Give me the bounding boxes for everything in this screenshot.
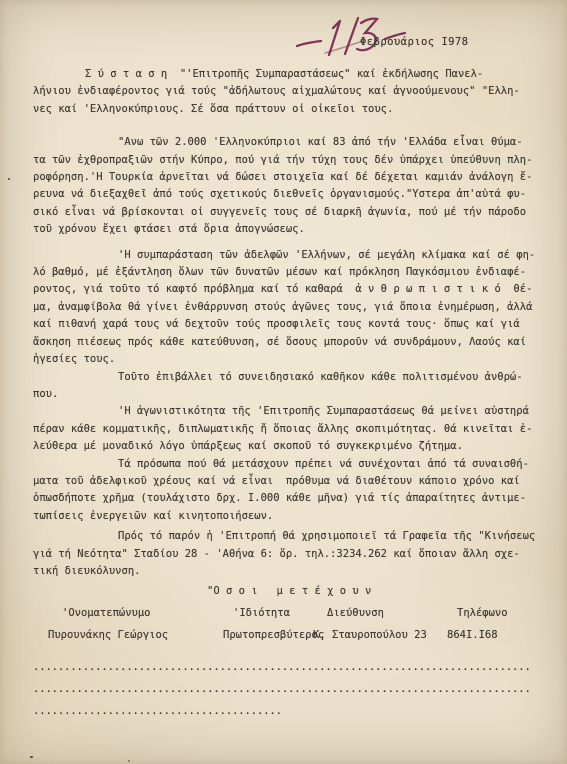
text-line: μα, ἀναμφίβολα θά γίνει ἐνθάρρυνση στούς… [33,299,543,316]
paragraph-missing-persons: "Ανω τῶν 2.000 'Ελληνοκύπριοι καί 83 ἀπό… [33,134,543,238]
text-line: Τοῦτο ἐπιβάλλει τό συνειδησιακό καθῆκον … [33,369,543,386]
table-row: Πυρουνάκης Γεώργιος Πρωτοπρεσβύτερος Κ. … [33,627,543,644]
table-cell-phone: 864I.I68 [447,627,498,644]
table-header-capacity: 'Ιδιότητα [233,605,290,622]
text-line: ἄσκηση πιέσεως πρός κάθε κατεύθυνση, σέ … [33,334,543,351]
text-line: τωπίσεις ἐνεργειῶν καί κινητοποιήσεων. [33,508,543,525]
text-line: ρευνα νά διεξαχθεῖ ἀπό τούς σχετικούς δι… [33,186,543,203]
participants-heading: "Ο σ ο ι μ ε τ έ χ ο υ ν [33,583,543,600]
text-line: λό βαθμό, μέ ἐξάντληση ὅλων τῶν δυνατῶν … [33,264,543,281]
text-line: νες καί 'Ελληνοκύπριους. Σέ ὅσα πράττουν… [33,101,543,118]
table-cell-name: Πυρουνάκης Γεώργιος [48,627,168,644]
paragraph-founding-statement: Σ ύ σ τ α σ η "'Επιτροπῆς Συμπαραστάσεως… [33,66,543,118]
text-line: "Ανω τῶν 2.000 'Ελληνοκύπριοι καί 83 ἀπό… [33,134,543,151]
table-header-address: Διεύθυνση [327,605,384,622]
text-line: καί πιθανή χαρά τους νά δεχτοῦν τούς προ… [33,316,543,333]
text-line: πέραν κάθε κομματικῆς, διπλωματικῆς ἤ ὅπ… [33,421,543,438]
paragraph-membership-terms: Τά πρόσωπα πού θά μετάσχουν πρέπει νά συ… [33,456,543,526]
text-line: λεύθερα μέ μοναδικό λόγο ὑπάρξεως καί σκ… [33,438,543,455]
text-line: γιά τή Νεότητα" Σταδίου 28 - 'Αθήνα 6: ὅ… [33,546,543,563]
text-line: τα τῶν ἐχθροπραξιῶν στήν Κύπρο, πού γιά … [33,152,543,169]
paragraph-duty: Τοῦτο ἐπιβάλλει τό συνειδησιακό καθῆκον … [33,369,543,404]
paragraph-solidarity: 'Η συμπαράσταση τῶν ἀδελφῶν 'Ελλήνων, σέ… [33,247,543,369]
text-line: 'Η ἀγωνιστικότητα τῆς 'Επιτροπῆς Συμπαρα… [33,403,543,420]
text-line: 'Η συμπαράσταση τῶν ἀδελφῶν 'Ελλήνων, σέ… [33,247,543,264]
text-line: Πρός τό παρόν ἡ 'Επιτροπή θά χρησιμοποιε… [33,528,543,545]
table-header-name: 'Ονοματεπώνυμο [62,605,151,622]
text-line: ἡγεσίες τους. [33,351,543,368]
table-header-row: 'Ονοματεπώνυμο 'Ιδιότητα Διεύθυνση Τηλέφ… [33,605,543,622]
table-cell-address: Κ. Σταυροπούλου 23 [313,627,427,644]
paragraph-independence: 'Η ἀγωνιστικότητα τῆς 'Επιτροπῆς Συμπαρα… [33,403,543,455]
document-page: Φεβρουάριος I978 Σ ύ σ τ α σ η "'Επιτροπ… [0,0,567,764]
participants-table: 'Ονοματεπώνυμο 'Ιδιότητα Διεύθυνση Τηλέφ… [33,605,543,645]
text-line: ὁπωσδήποτε χρῆμα (τουλάχιστο δρχ. I.000 … [33,490,543,507]
signature-dotted-line: ........................................ [33,703,543,720]
paragraph-offices: Πρός τό παρόν ἡ 'Επιτροπή θά χρησιμοποιε… [33,528,543,580]
text-line: ροντος, γιά τοῦτο τό καφτό πρόβλημα καί … [33,281,543,298]
text-line: Τά πρόσωπα πού θά μετάσχουν πρέπει νά συ… [33,456,543,473]
text-line: Σ ύ σ τ α σ η "'Επιτροπῆς Συμπαραστάσεως… [33,66,543,83]
text-line: ροφόρηση.'Η Τουρκία ἀρνεῖται νά δώσει στ… [33,169,543,186]
table-cell-capacity: Πρωτοπρεσβύτερος [223,627,324,644]
ink-speck [8,178,10,180]
signature-dotted-line: ........................................… [33,659,543,676]
date-line: Φεβρουάριος I978 [360,36,468,48]
ink-speck [128,760,130,762]
table-header-phone: Τηλέφωνο [457,605,508,622]
ink-speck [30,756,33,758]
text-line: που. [33,386,543,403]
text-line: τοῦ χρόνου ἔχει φτάσει στά ὅρια ἀπογνώσε… [33,221,543,238]
text-line: σικό εἶναι νά βρίσκονται οἱ συγγενεῖς το… [33,204,543,221]
signature-dotted-line: ........................................… [33,681,543,698]
text-line: λήνιου ἐνδιαφέροντος γιά τούς "ἀδήλωτους… [33,83,543,100]
document-body: Σ ύ σ τ α σ η "'Επιτροπῆς Συμπαραστάσεως… [33,66,543,721]
text-line: τική διευκόλυνση. [33,563,543,580]
text-line: ματα τοῦ ἀδελφικοῦ χρέους καί νά εἶναι π… [33,473,543,490]
